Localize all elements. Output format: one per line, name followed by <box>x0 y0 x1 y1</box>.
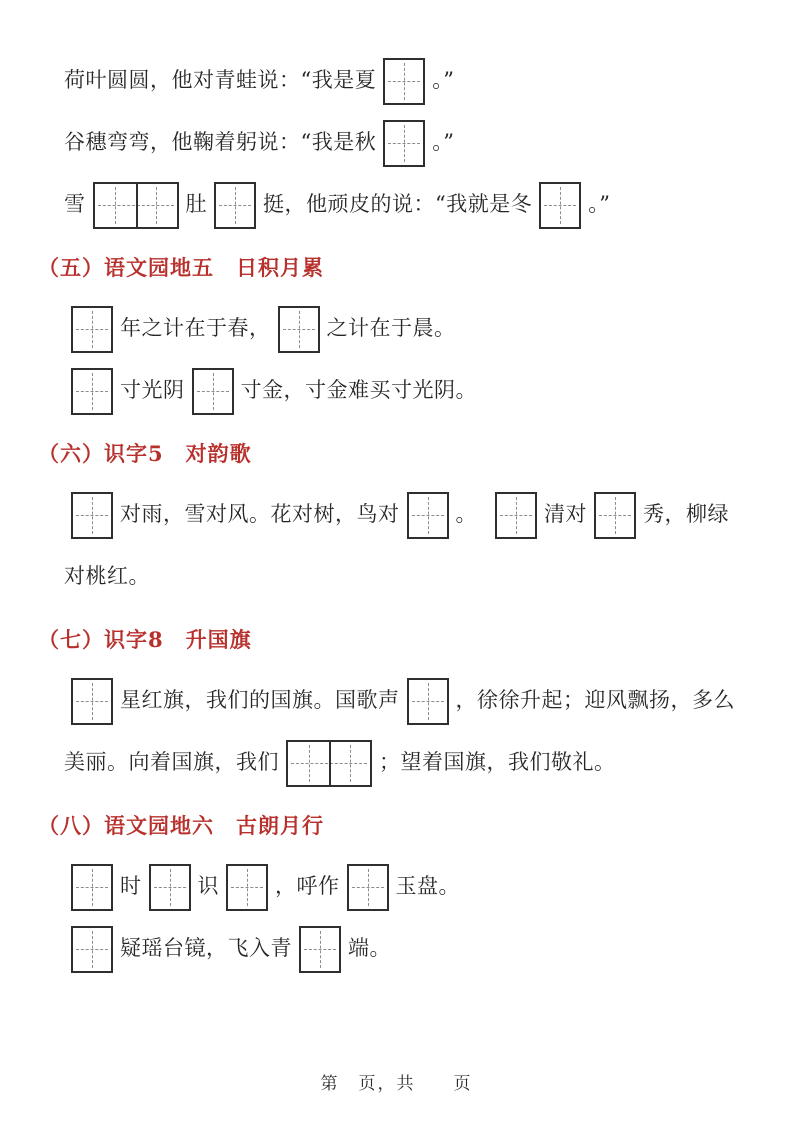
worksheet-line: 时识，呼作玉盘。 <box>0 856 793 918</box>
worksheet-line: 寸光阴寸金，寸金难买寸光阴。 <box>0 360 793 422</box>
answer-box <box>383 58 425 105</box>
section-siji-fill-lines: 荷叶圆圆，他对青蛙说：“我是夏。”谷穗弯弯，他鞠着躬说：“我是秋。”雪肚挺，他顽… <box>0 50 793 236</box>
worksheet-line: 对桃红。 <box>0 546 793 608</box>
section-5-yuwen-yuandi-5: （五）语文园地五 日积月累年之计在于春，之计在于晨。寸光阴寸金，寸金难买寸光阴。 <box>0 236 793 422</box>
cell-divider-line <box>329 742 331 785</box>
line-text: 。 <box>456 500 489 529</box>
line-text: 寸金，寸金难买寸光阴。 <box>241 376 478 405</box>
sections: 荷叶圆圆，他对青蛙说：“我是夏。”谷穗弯弯，他鞠着躬说：“我是秋。”雪肚挺，他顽… <box>0 0 793 980</box>
line-text: 对桃红。 <box>64 562 150 591</box>
horizontal-guide-line <box>76 391 108 392</box>
line-text: 星红旗，我们的国旗。国歌声 <box>120 686 400 715</box>
answer-box <box>71 306 113 353</box>
line-text: 荷叶圆圆，他对青蛙说：“我是夏 <box>64 66 376 95</box>
line-text: 端。 <box>348 934 391 963</box>
line-text: 雪 <box>64 190 86 219</box>
answer-box <box>192 368 234 415</box>
worksheet-line: 谷穗弯弯，他鞠着躬说：“我是秋。” <box>0 112 793 174</box>
line-text: 之计在于晨。 <box>327 314 456 343</box>
answer-box <box>71 368 113 415</box>
line-text: 玉盘。 <box>396 872 461 901</box>
answer-box-double <box>286 740 372 787</box>
line-text: 。” <box>588 190 610 219</box>
horizontal-guide-line <box>219 205 251 206</box>
answer-box <box>71 492 113 539</box>
answer-box <box>71 864 113 911</box>
section-8-yuwen-yuandi-6: （八）语文园地六 古朗月行时识，呼作玉盘。疑瑶台镜，飞入青端。 <box>0 794 793 980</box>
answer-box <box>594 492 636 539</box>
answer-box <box>539 182 581 229</box>
line-text: ，呼作 <box>275 872 340 901</box>
section-6-shizi-5: （六）识字5 对韵歌对雨，雪对风。花对树，鸟对。 清对秀，柳绿对桃红。 <box>0 422 793 608</box>
worksheet-line: 年之计在于春，之计在于晨。 <box>0 298 793 360</box>
worksheet-line: 疑瑶台镜，飞入青端。 <box>0 918 793 980</box>
line-text: 年之计在于春， <box>120 314 271 343</box>
answer-box <box>226 864 268 911</box>
line-text: 寸光阴 <box>120 376 185 405</box>
answer-box <box>149 864 191 911</box>
section-heading: （五）语文园地五 日积月累 <box>0 236 793 298</box>
worksheet-line: 对雨，雪对风。花对树，鸟对。 清对秀，柳绿 <box>0 484 793 546</box>
worksheet-page: 荷叶圆圆，他对青蛙说：“我是夏。”谷穗弯弯，他鞠着躬说：“我是秋。”雪肚挺，他顽… <box>0 0 793 1122</box>
horizontal-guide-line <box>500 515 532 516</box>
horizontal-guide-line <box>304 949 336 950</box>
line-text: 对雨，雪对风。花对树，鸟对 <box>120 500 400 529</box>
horizontal-guide-line <box>76 515 108 516</box>
section-heading: （八）语文园地六 古朗月行 <box>0 794 793 856</box>
line-text: 挺，他顽皮的说：“我就是冬 <box>263 190 532 219</box>
horizontal-guide-line <box>412 701 444 702</box>
horizontal-guide-line <box>388 143 420 144</box>
horizontal-guide-line <box>76 329 108 330</box>
section-7-shizi-8: （七）识字8 升国旗星红旗，我们的国旗。国歌声，徐徐升起；迎风飘扬，多么美丽。向… <box>0 608 793 794</box>
line-text: 。” <box>432 128 454 157</box>
horizontal-guide-line <box>544 205 576 206</box>
section-heading: （六）识字5 对韵歌 <box>0 422 793 484</box>
line-text: 清对 <box>544 500 587 529</box>
worksheet-line: 雪肚挺，他顽皮的说：“我就是冬。” <box>0 174 793 236</box>
horizontal-guide-line <box>197 391 229 392</box>
answer-box <box>347 864 389 911</box>
page-footer: 第 页，共 页 <box>0 1069 793 1094</box>
line-text: 时 <box>120 872 142 901</box>
answer-box <box>407 492 449 539</box>
answer-box-double <box>93 182 179 229</box>
horizontal-guide-line <box>388 81 420 82</box>
horizontal-guide-line <box>76 887 108 888</box>
worksheet-line: 荷叶圆圆，他对青蛙说：“我是夏。” <box>0 50 793 112</box>
section-heading: （七）识字8 升国旗 <box>0 608 793 670</box>
answer-box <box>495 492 537 539</box>
answer-box <box>214 182 256 229</box>
line-text: 肚 <box>186 190 208 219</box>
line-text: 谷穗弯弯，他鞠着躬说：“我是秋 <box>64 128 376 157</box>
answer-box <box>278 306 320 353</box>
answer-box <box>383 120 425 167</box>
line-text: 疑瑶台镜，飞入青 <box>120 934 292 963</box>
cell-divider-line <box>136 184 138 227</box>
line-text: 识 <box>198 872 220 901</box>
line-text: ；望着国旗，我们敬礼。 <box>379 748 616 777</box>
horizontal-guide-line <box>76 701 108 702</box>
line-text: 秀，柳绿 <box>643 500 729 529</box>
answer-box <box>299 926 341 973</box>
horizontal-guide-line <box>599 515 631 516</box>
answer-box <box>407 678 449 725</box>
horizontal-guide-line <box>412 515 444 516</box>
answer-box <box>71 926 113 973</box>
worksheet-line: 星红旗，我们的国旗。国歌声，徐徐升起；迎风飘扬，多么 <box>0 670 793 732</box>
worksheet-line: 美丽。向着国旗，我们；望着国旗，我们敬礼。 <box>0 732 793 794</box>
horizontal-guide-line <box>231 887 263 888</box>
answer-box <box>71 678 113 725</box>
line-text: ，徐徐升起；迎风飘扬，多么 <box>456 686 736 715</box>
horizontal-guide-line <box>283 329 315 330</box>
horizontal-guide-line <box>76 949 108 950</box>
horizontal-guide-line <box>154 887 186 888</box>
line-text: 美丽。向着国旗，我们 <box>64 748 279 777</box>
horizontal-guide-line <box>352 887 384 888</box>
line-text: 。” <box>432 66 454 95</box>
